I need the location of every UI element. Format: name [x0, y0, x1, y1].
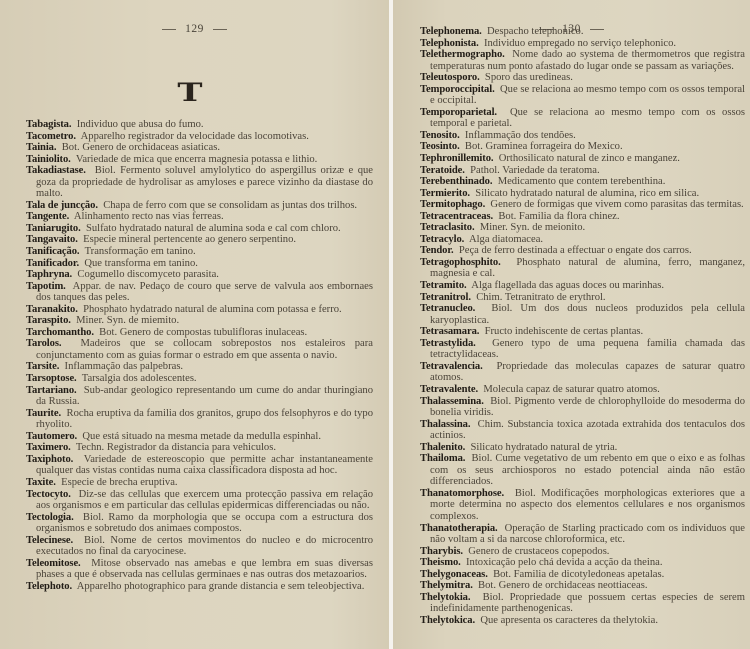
dictionary-entry: Taranakito. Phosphato hydatrado natural …: [26, 304, 373, 316]
entry-definition: Sulfato hydratado natural de alumina sod…: [86, 223, 341, 234]
entry-headword: Tectologia.: [26, 512, 74, 523]
entry-headword: Tarsite.: [26, 361, 59, 372]
entry-headword: Tanificador.: [26, 258, 79, 269]
dictionary-entry: Telephoto. Apparelho photographico para …: [26, 581, 373, 593]
entry-definition: Despacho telephonico.: [487, 26, 584, 37]
dictionary-entry: Tetragophosphito. Phosphato natural de a…: [420, 257, 745, 280]
entry-headword: Taranakito.: [26, 304, 78, 315]
entry-definition: Silicato hydratado natural de alumina, r…: [475, 188, 699, 199]
entry-headword: Terebenthinado.: [420, 176, 492, 187]
section-letter-heading: T: [150, 78, 231, 107]
dictionary-entry: Tetracylo. Alga diatomacea.: [420, 234, 745, 246]
entry-headword: Termierito.: [420, 188, 470, 199]
dictionary-entry: Theismo. Intoxicação pelo chá devida a a…: [420, 557, 745, 569]
dictionary-entry: Tainiolito. Variedade de mica que encerr…: [26, 154, 373, 166]
entry-headword: Telephonema.: [420, 26, 482, 37]
dictionary-entry: Tetravalente. Molecula capaz de saturar …: [420, 384, 745, 396]
dictionary-entry: Thalassina. Chim. Substancia toxica azot…: [420, 419, 745, 442]
entry-headword: Teosinto.: [420, 141, 460, 152]
entry-headword: Taxiphoto.: [26, 454, 73, 465]
dictionary-entry: Tala de juncção. Chapa de ferro com que …: [26, 200, 373, 212]
entry-headword: Tangente.: [26, 211, 69, 222]
entry-definition: Diz-se das cellulas que exercem uma prot…: [36, 489, 373, 512]
dictionary-entry: Taphryna. Cogumello discomyceto parasita…: [26, 269, 373, 281]
dictionary-entry: Teosinto. Bot. Graminea forrageira do Me…: [420, 141, 745, 153]
entry-headword: Telephoto.: [26, 581, 72, 592]
dictionary-entry: Thanatomorphose. Biol. Modificações morp…: [420, 488, 745, 523]
entry-definition: Pathol. Variedade da teratoma.: [470, 165, 600, 176]
entry-headword: Tapotim.: [26, 281, 66, 292]
entry-headword: Taxite.: [26, 477, 56, 488]
entry-headword: Telecinese.: [26, 535, 73, 546]
entry-definition: Apparelho photographico para grande dist…: [77, 581, 365, 592]
dictionary-entry: Tetracentraceas. Bot. Familia da flora c…: [420, 211, 745, 223]
entry-headword: Tainia.: [26, 142, 56, 153]
entry-headword: Taximero.: [26, 442, 71, 453]
entry-definition: Sub-andar geologico representando um cum…: [36, 385, 373, 408]
entry-headword: Tetranitrol.: [420, 292, 471, 303]
dictionary-entry: Tetranitrol. Chim. Tetranitrato de eryth…: [420, 292, 745, 304]
entry-definition: Appar. de nav. Pedaço de couro que serve…: [36, 281, 373, 304]
entry-headword: Tainiolito.: [26, 154, 71, 165]
entry-definition: Chim. Tetranitrato de erythrol.: [476, 292, 605, 303]
entry-definition: Que transforma em tanino.: [84, 258, 198, 269]
entry-headword: Tetravalencia.: [420, 361, 483, 372]
entry-headword: Teleutosporo.: [420, 72, 480, 83]
entry-definition: Inflammação dos tendões.: [465, 130, 576, 141]
dictionary-entry: Thalassemina. Biol. Pigmento verde de ch…: [420, 396, 745, 419]
dictionary-entry: Takadiastase. Biol. Fermento soluvel amy…: [26, 165, 373, 200]
entry-headword: Thalenito.: [420, 442, 465, 453]
entry-headword: Tephronillemito.: [420, 153, 493, 164]
dictionary-entry: Tarsite. Inflammação das palpebras.: [26, 361, 373, 373]
left-page: 129 T Tabagista. Individuo que abusa do …: [0, 0, 389, 649]
dictionary-entry: Tectocyto. Diz-se das cellulas que exerc…: [26, 489, 373, 512]
dictionary-entry: Teleutosporo. Sporo das uredineas.: [420, 72, 745, 84]
entry-headword: Taphryna.: [26, 269, 72, 280]
dictionary-entry: Termitophago. Genero de formigas que viv…: [420, 199, 745, 211]
entry-headword: Thalassina.: [420, 419, 470, 430]
dictionary-entry: Tetrastylida. Genero typo de uma pequena…: [420, 338, 745, 361]
entry-definition: Bot. Graminea forrageira do Mexico.: [465, 141, 623, 152]
dictionary-entry: Telecinese. Biol. Nome de certos movimen…: [26, 535, 373, 558]
dictionary-entry: Tartariano. Sub-andar geologico represen…: [26, 385, 373, 408]
dictionary-entry: Thelytokica. Que apresenta os caracteres…: [420, 615, 745, 627]
entry-headword: Tala de juncção.: [26, 200, 98, 211]
dictionary-entry: Tetraclasito. Miner. Syn. de meionito.: [420, 222, 745, 234]
dictionary-entry: Tetravalencia. Propriedade das moleculas…: [420, 361, 745, 384]
entry-headword: Tartariano.: [26, 385, 77, 396]
entry-definition: Tarsalgia dos adolescentes.: [82, 373, 197, 384]
entry-headword: Thalassemina.: [420, 396, 484, 407]
entry-definition: Especie de brecha eruptiva.: [61, 477, 177, 488]
entry-definition: Chim. Substancia toxica azotada extrahid…: [430, 419, 745, 442]
entry-headword: Tectocyto.: [26, 489, 71, 500]
dictionary-entry: Terebenthinado. Medicamento que contem t…: [420, 176, 745, 188]
entry-definition: Biol. Um dos dous nucleos produzidos pel…: [430, 303, 745, 326]
entry-headword: Teratoide.: [420, 165, 465, 176]
dictionary-entry: Taxite. Especie de brecha eruptiva.: [26, 477, 373, 489]
entry-definition: Inflammação das palpebras.: [65, 361, 184, 372]
dictionary-entry: Tetranucleo. Biol. Um dos dous nucleos p…: [420, 303, 745, 326]
dictionary-entry: Tacometro. Apparelho registrador da velo…: [26, 131, 373, 143]
entry-definition: Fructo indehiscente de certas plantas.: [485, 326, 644, 337]
entry-headword: Tetravalente.: [420, 384, 478, 395]
dictionary-entry: Tephronillemito. Orthosilicato natural d…: [420, 153, 745, 165]
dictionary-entry: Teleomitose. Mitose observado nas amebas…: [26, 558, 373, 581]
dictionary-entry: Taniarugito. Sulfato hydratado natural d…: [26, 223, 373, 235]
entry-headword: Telethermographo.: [420, 49, 505, 60]
entry-headword: Telephonista.: [420, 38, 479, 49]
entry-definition: Alinhamento recto nas vias ferreas.: [74, 211, 224, 222]
dictionary-entry: Tetrasamara. Fructo indehiscente de cert…: [420, 326, 745, 338]
entry-headword: Tetrastylida.: [420, 338, 476, 349]
entry-headword: Taniarugito.: [26, 223, 81, 234]
entry-definition: Biol. Cume vegetativo de um rebento em q…: [430, 453, 745, 487]
entry-definition: Chapa de ferro com que se consolidam as …: [103, 200, 357, 211]
entry-headword: Thelytokica.: [420, 615, 475, 626]
entry-definition: Biol. Propriedade que possuem certas esp…: [430, 592, 745, 615]
entry-headword: Tenosito.: [420, 130, 460, 141]
dictionary-entry: Telethermographo. Nome dado ao systema d…: [420, 49, 745, 72]
entry-definition: Transformação em tanino.: [85, 246, 196, 257]
page-number-header: 129: [0, 23, 389, 35]
entry-headword: Tabagista.: [26, 119, 71, 130]
entry-definition: Bot. Familia de dicotyledoneas apetalas.: [493, 569, 664, 580]
dictionary-entry: Temporoccipital. Que se relaciona ao mes…: [420, 84, 745, 107]
entry-headword: Tanificação.: [26, 246, 79, 257]
folio-dash-left: [162, 29, 176, 30]
dictionary-entry: Thelygonaceas. Bot. Familia de dicotyled…: [420, 569, 745, 581]
entry-definition: Que apresenta os caracteres da thelytoki…: [480, 615, 658, 626]
dictionary-entry: Tharybis. Genero de crustaceos copepodos…: [420, 546, 745, 558]
entry-definition: Alga flagellada das aguas doces ou marin…: [471, 280, 664, 291]
right-page: 130 Telephonema. Despacho telephonico.Te…: [393, 0, 750, 649]
dictionary-entry: Tetramito. Alga flagellada das aguas doc…: [420, 280, 745, 292]
entry-definition: Phosphato hydatrado natural de alumina c…: [83, 304, 342, 315]
entry-headword: Tacometro.: [26, 131, 76, 142]
dictionary-entry: Thalenito. Silicato hydratado natural de…: [420, 442, 745, 454]
entry-headword: Tautomero.: [26, 431, 77, 442]
dictionary-entry: Tangente. Alinhamento recto nas vias fer…: [26, 211, 373, 223]
entry-headword: Thanatomorphose.: [420, 488, 504, 499]
dictionary-entry: Tainia. Bot. Genero de orchidaceas asiat…: [26, 142, 373, 154]
dictionary-entry: Termierito. Silicato hydratado natural d…: [420, 188, 745, 200]
dictionary-entry: Tanificação. Transformação em tanino.: [26, 246, 373, 258]
entry-definition: Alga diatomacea.: [469, 234, 543, 245]
entry-definition: Miner. Syn. de miemito.: [76, 315, 179, 326]
dictionary-entry: Taraspito. Miner. Syn. de miemito.: [26, 315, 373, 327]
dictionary-entry: Thelytokia. Biol. Propriedade que possue…: [420, 592, 745, 615]
entry-headword: Tendor.: [420, 245, 454, 256]
folio-dash-right: [213, 29, 227, 30]
entry-definition: Medicamento que contem terebenthina.: [498, 176, 666, 187]
entry-definition: Rocha eruptiva da familia dos granitos, …: [36, 408, 373, 431]
entry-headword: Tetragophosphito.: [420, 257, 501, 268]
entry-headword: Thanatotherapia.: [420, 523, 498, 534]
entry-definition: Silicato hydratado natural de ytria.: [471, 442, 618, 453]
page-number: 129: [185, 23, 204, 35]
dictionary-entry: Tenosito. Inflammação dos tendões.: [420, 130, 745, 142]
dictionary-entry: Taximero. Techn. Registrador da distanci…: [26, 442, 373, 454]
entry-headword: Temporoparietal.: [420, 107, 497, 118]
entry-definition: Miner. Syn. de meionito.: [480, 222, 585, 233]
entry-definition: Techn. Registrador da distancia para veh…: [76, 442, 276, 453]
dictionary-entry: Telephonema. Despacho telephonico.: [420, 26, 745, 38]
entry-headword: Tharybis.: [420, 546, 463, 557]
dictionary-entry: Tarolos. Madeiros que se collocam sobrep…: [26, 338, 373, 361]
dictionary-entry: Taxiphoto. Variedade de estereoscopio qu…: [26, 454, 373, 477]
entry-definition: Bot. Familia da flora chinez.: [498, 211, 619, 222]
entry-definition: Bot. Genero de compostas tubulifloras in…: [99, 327, 307, 338]
dictionary-entry: Temporoparietal. Que se relaciona ao mes…: [420, 107, 745, 130]
entry-headword: Teleomitose.: [26, 558, 81, 569]
entry-headword: Tarolos.: [26, 338, 61, 349]
entry-headword: Termitophago.: [420, 199, 485, 210]
entry-definition: Mitose observado nas amebas e que lembra…: [36, 558, 373, 581]
entry-headword: Tetraclasito.: [420, 222, 475, 233]
entry-headword: Temporoccipital.: [420, 84, 495, 95]
entry-list: Tabagista. Individuo que abusa do fumo.T…: [26, 119, 373, 592]
entry-definition: Individuo que abusa do fumo.: [77, 119, 204, 130]
dictionary-entry: Tabagista. Individuo que abusa do fumo.: [26, 119, 373, 131]
entry-definition: Biol. Ramo da morphologia que se occupa …: [36, 512, 373, 535]
entry-definition: Que está situado na mesma metade da medu…: [82, 431, 321, 442]
entry-headword: Takadiastase.: [26, 165, 86, 176]
entry-definition: Molecula capaz de saturar quatro atomos.: [483, 384, 660, 395]
entry-headword: Tarchomantho.: [26, 327, 94, 338]
entry-headword: Taraspito.: [26, 315, 71, 326]
entry-definition: Sporo das uredineas.: [485, 72, 573, 83]
entry-headword: Theismo.: [420, 557, 461, 568]
dictionary-entry: Telephonista. Individuo empregado no ser…: [420, 38, 745, 50]
entry-definition: Especie mineral pertencente ao genero se…: [83, 234, 296, 245]
entry-headword: Thelygonaceas.: [420, 569, 488, 580]
dictionary-entry: Tanificador. Que transforma em tanino.: [26, 258, 373, 270]
entry-headword: Tetrasamara.: [420, 326, 479, 337]
entry-definition: Madeiros que se collocam sobrepostos nos…: [36, 338, 373, 361]
entry-headword: Thelymitra.: [420, 580, 473, 591]
dictionary-entry: Teratoide. Pathol. Variedade da teratoma…: [420, 165, 745, 177]
entry-headword: Tarsoptose.: [26, 373, 77, 384]
entry-definition: Biol. Fermento soluvel amylolytico do as…: [36, 165, 373, 199]
entry-headword: Tetracylo.: [420, 234, 464, 245]
entry-definition: Genero typo de uma pequena familia chama…: [430, 338, 745, 361]
entry-definition: Variedade de estereoscopio que permitte …: [36, 454, 373, 477]
dictionary-entry: Taurite. Rocha eruptiva da familia dos g…: [26, 408, 373, 431]
dictionary-entry: Tapotim. Appar. de nav. Pedaço de couro …: [26, 281, 373, 304]
entry-list: Telephonema. Despacho telephonico.Teleph…: [420, 26, 745, 626]
entry-headword: Tangavaito.: [26, 234, 78, 245]
entry-definition: Individuo empregado no serviço telephoni…: [484, 38, 676, 49]
dictionary-entry: Thelymitra. Bot. Genero de orchidaceas n…: [420, 580, 745, 592]
entry-headword: Tetramito.: [420, 280, 467, 291]
entry-definition: Genero de formigas que vivem como parasi…: [490, 199, 743, 210]
dictionary-entry: Tangavaito. Especie mineral pertencente …: [26, 234, 373, 246]
entry-definition: Orthosilicato natural de zinco e mangane…: [499, 153, 680, 164]
entry-definition: Intoxicação pelo chá devida a acção da t…: [466, 557, 662, 568]
dictionary-entry: Tendor. Peça de ferro destinada a effect…: [420, 245, 745, 257]
entry-headword: Taurite.: [26, 408, 61, 419]
entry-definition: Variedade de mica que encerra magnesia p…: [76, 154, 318, 165]
dictionary-entry: Tautomero. Que está situado na mesma met…: [26, 431, 373, 443]
entry-definition: Genero de crustaceos copepodos.: [468, 546, 609, 557]
entry-definition: Biol. Nome de certos movimentos do nucle…: [36, 535, 373, 558]
entry-definition: Cogumello discomyceto parasita.: [77, 269, 219, 280]
entry-definition: Bot. Genero de orchidaceas neottiaceas.: [478, 580, 647, 591]
dictionary-entry: Tectologia. Biol. Ramo da morphologia qu…: [26, 512, 373, 535]
dictionary-entry: Thanatotherapia. Operação de Starling pr…: [420, 523, 745, 546]
entry-headword: Tetracentraceas.: [420, 211, 493, 222]
entry-headword: Thailoma.: [420, 453, 465, 464]
dictionary-entry: Tarchomantho. Bot. Genero de compostas t…: [26, 327, 373, 339]
entry-headword: Tetranucleo.: [420, 303, 475, 314]
dictionary-entry: Thailoma. Biol. Cume vegetativo de um re…: [420, 453, 745, 488]
entry-definition: Peça de ferro destinada a effectuar o en…: [459, 245, 692, 256]
dictionary-entry: Tarsoptose. Tarsalgia dos adolescentes.: [26, 373, 373, 385]
entry-headword: Thelytokia.: [420, 592, 470, 603]
entry-definition: Bot. Genero de orchidaceas asiaticas.: [62, 142, 220, 153]
entry-definition: Apparelho registrador da velocidade das …: [81, 131, 309, 142]
